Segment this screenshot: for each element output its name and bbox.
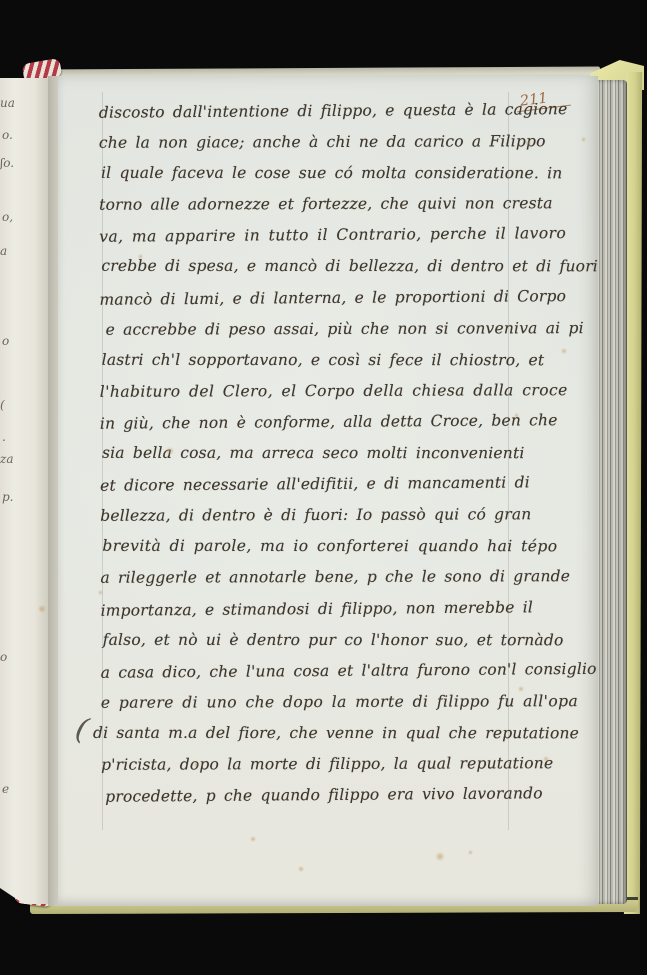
facing-page-edge: uao.ʃo.o,ao(.zap.oe bbox=[0, 78, 48, 904]
foxing-spot bbox=[166, 447, 174, 455]
facing-page-text-fragment: ʃo. bbox=[0, 156, 14, 170]
foxing-spot bbox=[561, 348, 567, 354]
facing-page-text-fragment: o bbox=[0, 650, 7, 664]
facing-page-text-fragment: o. bbox=[2, 128, 13, 142]
foxing-spot bbox=[138, 254, 143, 259]
text-line: falso, et nò ui è dentro pur co l'honor … bbox=[103, 624, 543, 655]
foxing-spot bbox=[250, 836, 256, 842]
foxing-spot bbox=[581, 137, 586, 142]
foxing-spot bbox=[525, 140, 531, 146]
text-line: che la non giace; anche à chi ne da cari… bbox=[99, 126, 539, 159]
text-line: lastri ch'l sopportavano, e così si fece… bbox=[102, 345, 542, 376]
text-line: in giù, che non è conforme, alla detta C… bbox=[100, 405, 540, 440]
text-line: di santa m.a del fiore, che venne in qua… bbox=[93, 718, 543, 749]
facing-page-text-fragment: ua bbox=[0, 96, 15, 110]
facing-page-text-fragment: o bbox=[2, 334, 9, 348]
text-line: mancò di lumi, e di lanterna, e le propo… bbox=[99, 281, 539, 316]
text-line: brevità di parole, ma io conforterei qua… bbox=[102, 531, 542, 562]
foxing-spot bbox=[514, 413, 519, 418]
foxing-spot bbox=[543, 756, 549, 762]
fore-edge-pages bbox=[597, 80, 627, 904]
text-line: e parere di uno che dopo la morte di fil… bbox=[101, 686, 541, 719]
facing-page-text-fragment: . bbox=[2, 430, 6, 444]
text-line: a casa dico, che l'una cosa et l'altra f… bbox=[101, 654, 541, 689]
text-line: l'habituro del Clero, el Corpo della chi… bbox=[100, 375, 540, 408]
photo-background: uao.ʃo.o,ao(.zap.oe 211 ( discosto dall'… bbox=[0, 0, 647, 975]
text-line: importanza, e stimandosi di filippo, non… bbox=[100, 592, 540, 627]
text-line: e accrebbe di peso assai, più che non si… bbox=[106, 313, 540, 346]
foxing-spot bbox=[518, 686, 524, 692]
foxing-spot bbox=[98, 590, 103, 595]
text-line: va, ma apparire in tutto il Contrario, p… bbox=[99, 219, 539, 254]
text-line: il quale faceva le cose sue có molta con… bbox=[101, 158, 541, 189]
text-line: torno alle adornezze et fortezze, che qu… bbox=[99, 189, 539, 222]
manuscript-page: 211 ( discosto dall'intentione di filipp… bbox=[58, 76, 598, 906]
facing-page-text-fragment: ( bbox=[0, 398, 5, 412]
foxing-spot bbox=[38, 605, 46, 613]
facing-page-text-fragment: e bbox=[2, 782, 9, 796]
text-line: p'ricista, dopo la morte di filippo, la … bbox=[101, 748, 541, 781]
margin-flourish: ( bbox=[72, 711, 92, 748]
foxing-spot bbox=[194, 762, 199, 767]
text-line: bellezza, di dentro è di fuori: Io passò… bbox=[100, 499, 540, 532]
facing-page-text-fragment: o, bbox=[2, 210, 13, 224]
text-line: et dicore necessarie all'edifitii, e di … bbox=[100, 467, 540, 502]
foxing-spot bbox=[468, 850, 473, 855]
text-line: discosto dall'intentione di filippo, e q… bbox=[99, 94, 539, 129]
facing-page-text-fragment: a bbox=[0, 244, 7, 258]
facing-page-text-fragment: p. bbox=[2, 490, 14, 504]
manuscript-text: discosto dall'intentione di filippo, e q… bbox=[99, 95, 541, 812]
text-line: a rileggerle et annotarle bene, p che le… bbox=[100, 562, 540, 595]
text-line: crebbe di spesa, e mancò di bellezza, di… bbox=[101, 251, 541, 282]
foxing-spot bbox=[435, 852, 445, 861]
foxing-spot bbox=[298, 866, 304, 872]
text-line: procedette, p che quando filippo era viv… bbox=[105, 778, 541, 813]
facing-page-text-fragment: za bbox=[0, 452, 13, 466]
